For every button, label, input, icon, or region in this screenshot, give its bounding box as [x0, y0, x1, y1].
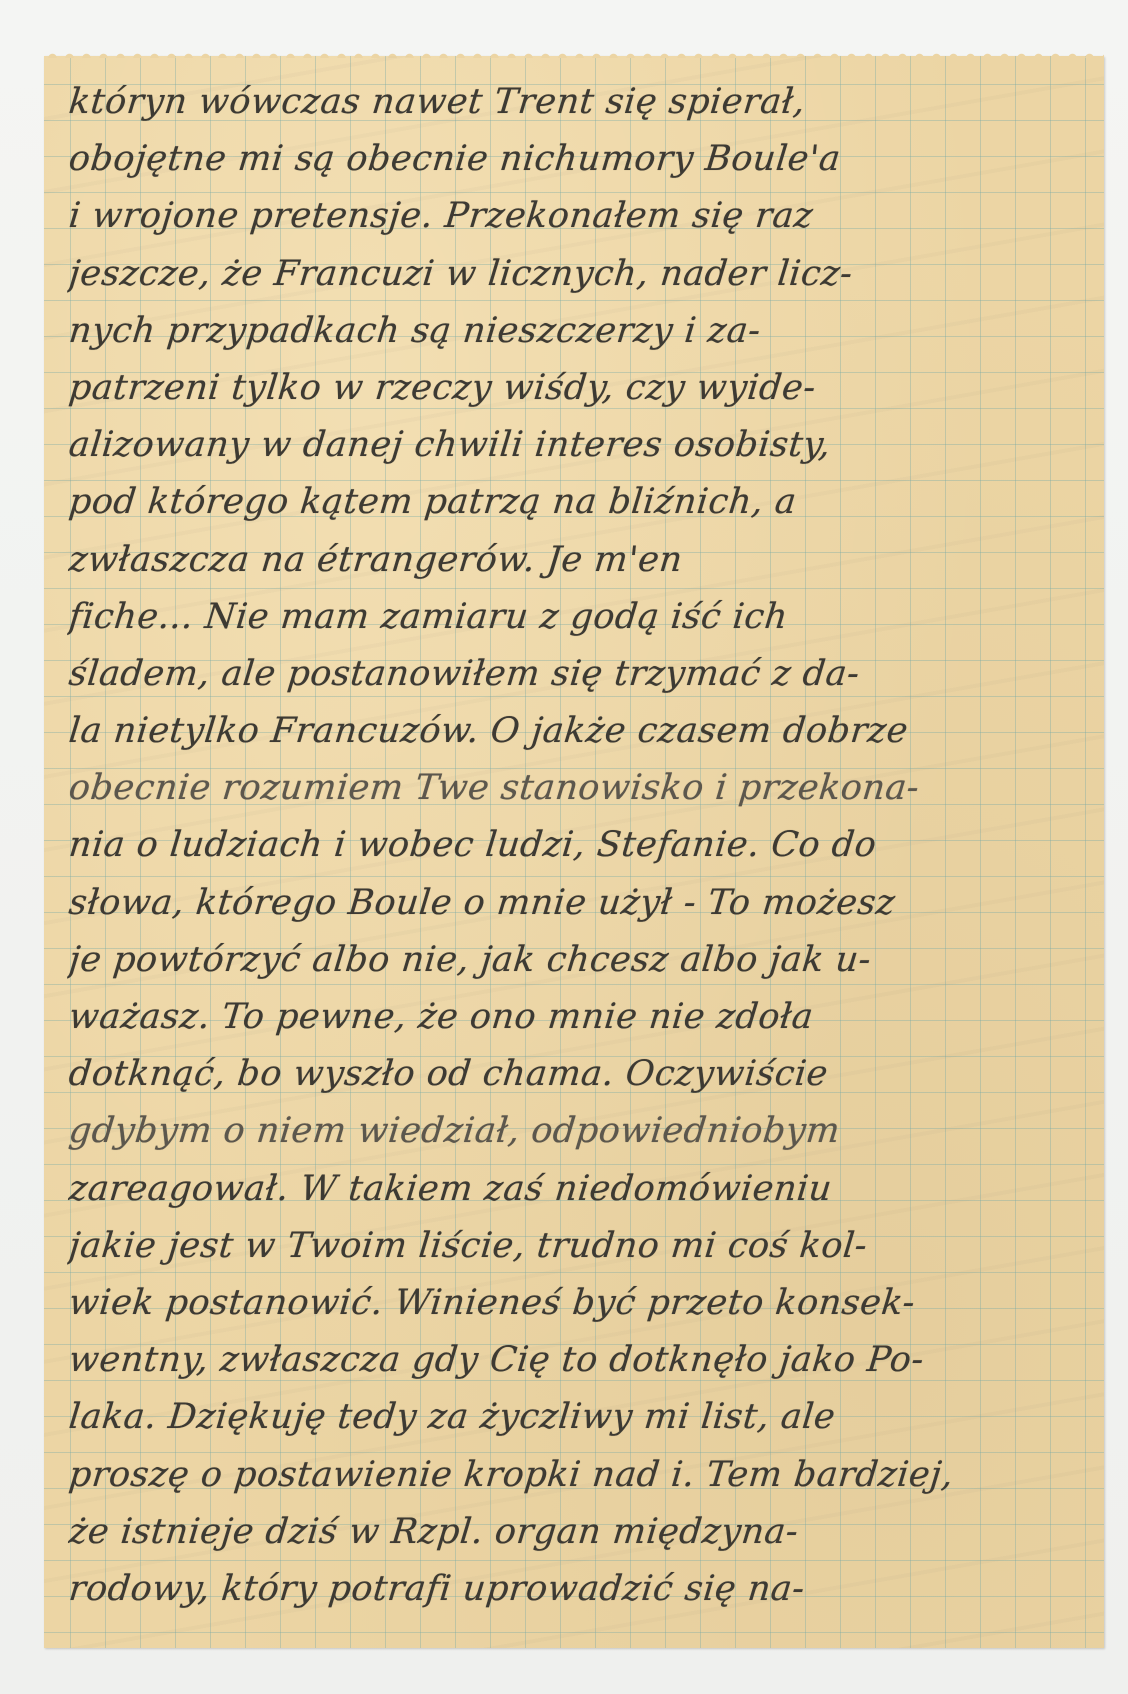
handwritten-line: słowa, którego Boule o mnie użył - To mo… [66, 875, 1092, 932]
handwritten-line: pod którego kątem patrzą na bliźnich, a [66, 474, 1092, 531]
handwritten-line: je powtórzyć albo nie, jak chcesz albo j… [66, 932, 1092, 989]
handwritten-line: jakie jest w Twoim liście, trudno mi coś… [66, 1218, 1092, 1275]
handwritten-line: zareagował. W takiem zaś niedomówieniu [66, 1161, 1092, 1218]
handwritten-line: laka. Dziękuję tedy za życzliwy mi list,… [66, 1389, 1092, 1446]
handwritten-line: gdybym o niem wiedział, odpowiedniobym [66, 1103, 1092, 1160]
handwritten-line: któryn wówczas nawet Trent się spierał, [66, 74, 1092, 131]
handwritten-line: dotknąć, bo wyszło od chama. Oczywiście [66, 1046, 1092, 1103]
handwritten-line: alizowany w danej chwili interes osobist… [66, 417, 1092, 474]
perforated-top-edge [44, 50, 1104, 58]
handwritten-line: obecnie rozumiem Twe stanowisko i przeko… [66, 760, 1092, 817]
handwritten-line: patrzeni tylko w rzeczy wiśdy, czy wyide… [66, 360, 1092, 417]
handwritten-line: nych przypadkach są nieszczerzy i za- [66, 303, 1092, 360]
graph-paper-sheet: któryn wówczas nawet Trent się spierał, … [44, 56, 1104, 1648]
handwritten-line: że istnieje dziś w Rzpl. organ międzyna- [66, 1504, 1092, 1561]
handwritten-line: śladem, ale postanowiłem się trzymać z d… [66, 646, 1092, 703]
handwritten-line: obojętne mi są obecnie nichumory Boule'a [66, 131, 1092, 188]
handwritten-line: ważasz. To pewne, że ono mnie nie zdoła [66, 989, 1092, 1046]
handwritten-line: rodowy, który potrafi uprowadzić się na- [66, 1561, 1092, 1618]
handwritten-line: jeszcze, że Francuzi w licznych, nader l… [66, 246, 1092, 303]
handwritten-line: wiek postanowić. Winieneś być przeto kon… [66, 1275, 1092, 1332]
scan-background: któryn wówczas nawet Trent się spierał, … [0, 0, 1128, 1694]
handwritten-line: la nietylko Francuzów. O jakże czasem do… [66, 703, 1092, 760]
handwritten-line: wentny, zwłaszcza gdy Cię to dotknęło ja… [66, 1332, 1092, 1389]
handwritten-letter-body: któryn wówczas nawet Trent się spierał, … [66, 74, 1086, 1618]
handwritten-line: nia o ludziach i wobec ludzi, Stefanie. … [66, 817, 1092, 874]
handwritten-line: fiche... Nie mam zamiaru z godą iść ich [66, 589, 1092, 646]
handwritten-line: proszę o postawienie kropki nad i. Tem b… [66, 1447, 1092, 1504]
handwritten-line: i wrojone pretensje. Przekonałem się raz [66, 188, 1092, 245]
handwritten-line: zwłaszcza na étrangerów. Je m'en [66, 532, 1092, 589]
